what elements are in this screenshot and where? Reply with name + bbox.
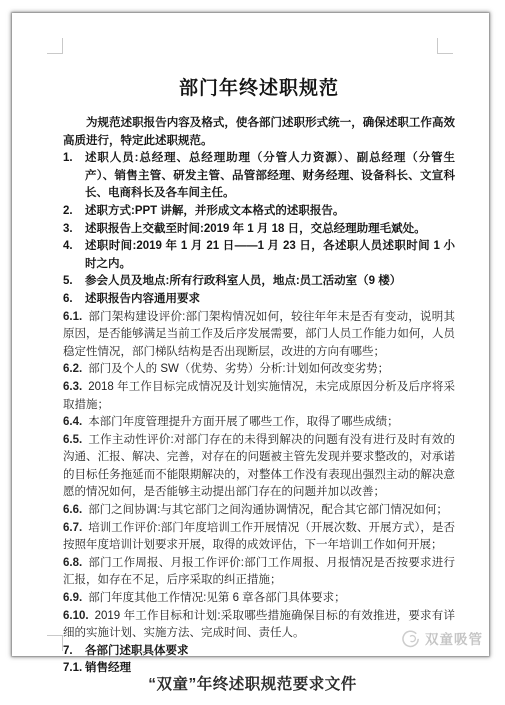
margin-crop-mark-top-left <box>47 38 63 54</box>
item-text: 部门及个人的 SW（优势、劣势）分析:计划如何改变劣势； <box>88 363 389 375</box>
item-number: 6. <box>63 291 85 309</box>
item-number: 6.2. <box>63 363 82 375</box>
item-number: 6.9. <box>63 592 82 604</box>
list-item: 6.9.部门年度其他工作情况:见第 6 章各部门具体要求； <box>63 590 455 608</box>
watermark-text: 双童吸管 <box>425 628 483 648</box>
margin-crop-mark-top-right <box>437 38 453 54</box>
document-page: 部门年终述职规范 为规范述职报告内容及格式，使各部门述职形式统一，确保述职工作高… <box>12 13 489 656</box>
item-text: 述职报告内容通用要求 <box>85 291 455 309</box>
item-text: 各部门述职具体要求 <box>85 643 455 661</box>
list-item: 6.3.2018 年工作目标完成情况及计划实施情况，未完成原因分析及后序将采取措… <box>63 379 455 414</box>
item-text: 述职人员:总经理、总经理助理（分管人力资源）、副总经理（分管生产）、销售主管、研… <box>85 150 455 203</box>
item-text: 2018 年工作目标完成情况及计划实施情况，未完成原因分析及后序将采取措施； <box>63 381 455 411</box>
swirl-logo-icon <box>402 629 421 648</box>
item-number: 6.6. <box>63 504 82 516</box>
list-item: 6.1.部门架构建设评价:部门架构情况如何，较往年年末是否有变动，说明其原因，是… <box>63 309 455 362</box>
item-text: 部门年度其他工作情况:见第 6 章各部门具体要求； <box>88 592 345 604</box>
margin-crop-mark-bottom-left <box>47 635 63 651</box>
list-item: 6.8.部门工作周报、月报工作评价:部门工作周报、月报情况是否按要求进行汇报，如… <box>63 555 455 590</box>
item-text: 部门架构建设评价:部门架构情况如何，较往年年末是否有变动，说明其原因，是否能够满… <box>63 311 455 358</box>
document-body: 1.述职人员:总经理、总经理助理（分管人力资源）、副总经理（分管生产）、销售主管… <box>63 150 455 678</box>
item-number: 4. <box>63 238 85 273</box>
item-number: 6.4. <box>63 416 82 428</box>
item-text: 述职方式:PPT 讲解，并形成文本格式的述职报告。 <box>85 203 455 221</box>
item-text: 培训工作评价:部门年度培训工作开展情况（开展次数、开展方式），是否按照年度培训计… <box>63 522 455 552</box>
list-item: 6.10.2019 年工作目标和计划:采取哪些措施确保目标的有效推进，要求有详细… <box>63 608 455 643</box>
list-item: 6.2.部门及个人的 SW（优势、劣势）分析:计划如何改变劣势； <box>63 361 455 379</box>
item-number: 6.1. <box>63 311 82 323</box>
item-number: 7. <box>63 643 85 661</box>
item-number: 6.10. <box>63 610 89 622</box>
item-text: 部门工作周报、月报工作评价:部门工作周报、月报情况是否按要求进行汇报，如存在不足… <box>63 557 455 587</box>
list-item: 2.述职方式:PPT 讲解，并形成文本格式的述职报告。 <box>63 203 455 221</box>
item-text: 工作主动性评价:对部门存在的未得到解决的问题有没有进行及时有效的沟通、汇报、解决… <box>63 434 455 499</box>
item-number: 3. <box>63 221 85 239</box>
item-number: 6.7. <box>63 522 82 534</box>
item-text: 部门之间协调:与其它部门之间沟通协调情况，配合其它部门情况如何； <box>88 504 448 516</box>
item-text: 参会人员及地点:所有行政科室人员，地点:员工活动室（9 楼） <box>85 273 455 291</box>
list-item: 1.述职人员:总经理、总经理助理（分管人力资源）、副总经理（分管生产）、销售主管… <box>63 150 455 203</box>
list-item: 6.5.工作主动性评价:对部门存在的未得到解决的问题有没有进行及时有效的沟通、汇… <box>63 432 455 502</box>
list-item: 6.6.部门之间协调:与其它部门之间沟通协调情况，配合其它部门情况如何； <box>63 502 455 520</box>
watermark: 双童吸管 <box>402 628 483 648</box>
item-text: 本部门年度管理提升方面开展了哪些工作，取得了哪些成绩； <box>88 416 399 428</box>
item-number: 1. <box>63 150 85 203</box>
list-item: 6.述职报告内容通用要求 <box>63 291 455 309</box>
item-number: 5. <box>63 273 85 291</box>
list-item: 6.4.本部门年度管理提升方面开展了哪些工作，取得了哪些成绩； <box>63 414 455 432</box>
list-item: 5.参会人员及地点:所有行政科室人员，地点:员工活动室（9 楼） <box>63 273 455 291</box>
list-item: 6.7.培训工作评价:部门年度培训工作开展情况（开展次数、开展方式），是否按照年… <box>63 520 455 555</box>
item-text: 述职时间:2019 年 1 月 21 日——1 月 23 日，各述职人员述职时间… <box>85 238 455 273</box>
item-text: 2019 年工作目标和计划:采取哪些措施确保目标的有效推进，要求有详细的实施计划… <box>63 610 455 640</box>
image-caption: “双童”年终述职规范要求文件 <box>0 672 505 694</box>
list-item: 3.述职报告上交截至时间:2019 年 1 月 18 日，交总经理助理毛斌处。 <box>63 221 455 239</box>
document-content: 部门年终述职规范 为规范述职报告内容及格式，使各部门述职形式统一，确保述职工作高… <box>12 13 489 678</box>
intro-paragraph: 为规范述职报告内容及格式，使各部门述职形式统一，确保述职工作高效高质进行，特定此… <box>63 115 455 150</box>
item-text: 述职报告上交截至时间:2019 年 1 月 18 日，交总经理助理毛斌处。 <box>85 221 455 239</box>
document-title: 部门年终述职规范 <box>63 77 455 101</box>
item-number: 2. <box>63 203 85 221</box>
item-number: 6.5. <box>63 434 82 446</box>
item-number: 6.8. <box>63 557 82 569</box>
list-item: 7.各部门述职具体要求 <box>63 643 455 661</box>
list-item: 4.述职时间:2019 年 1 月 21 日——1 月 23 日，各述职人员述职… <box>63 238 455 273</box>
item-number: 6.3. <box>63 381 82 393</box>
